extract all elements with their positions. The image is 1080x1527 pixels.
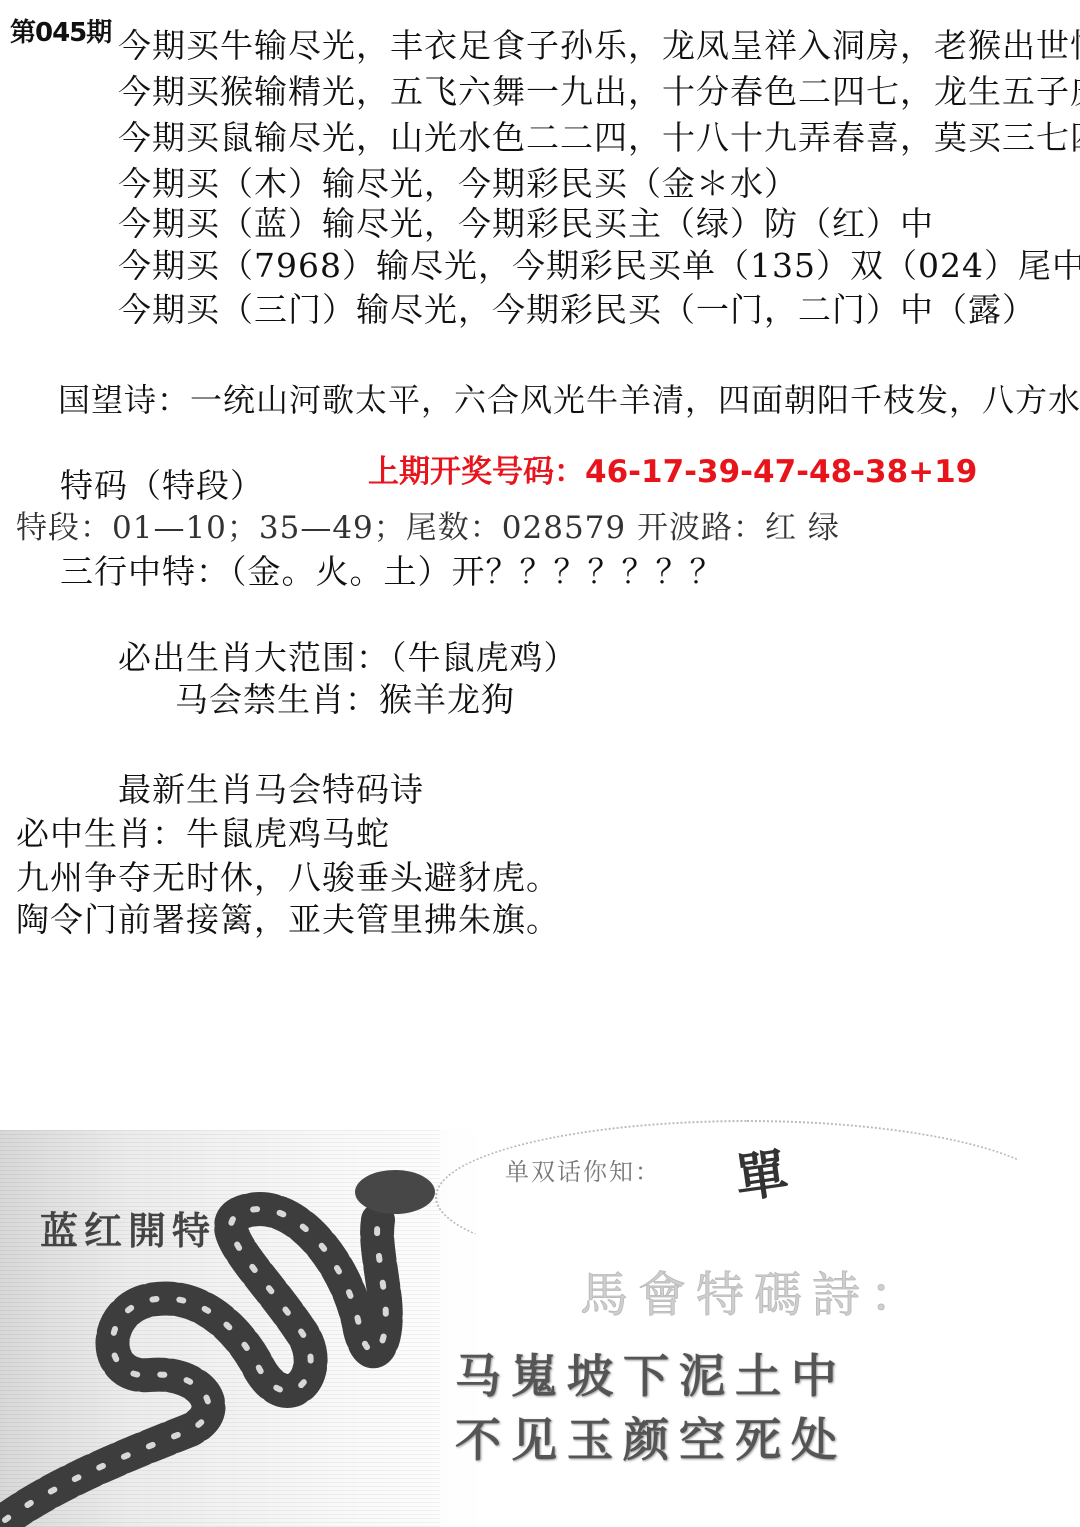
prediction-line-4: 今期买（木）输尽光，今期彩民买（金＊水） bbox=[118, 164, 798, 204]
odd-even-label: 单双话你知： bbox=[505, 1152, 661, 1187]
mahui-poem-label: 馬會特碼詩： bbox=[580, 1256, 928, 1325]
banned-zodiac: 马会禁生肖：猴羊龙狗 bbox=[175, 680, 515, 720]
last-draw-label: 上期开奖号码： bbox=[368, 454, 585, 490]
snake-head bbox=[355, 1170, 435, 1214]
prediction-line-3: 今期买鼠输尽光，山光水色二二四，十八十九弄春喜，莫买三七四十六。 bbox=[118, 118, 1080, 158]
special-segment-line: 特段：01—10；35—49；尾数：028579 开波路：红 绿 bbox=[16, 508, 840, 548]
must-hit-zodiac: 必中生肖：牛鼠虎鸡马蛇 bbox=[16, 814, 390, 854]
prediction-line-5: 今期买（蓝）输尽光，今期彩民买主（绿）防（红）中 bbox=[118, 204, 934, 244]
prediction-line-7: 今期买（三门）输尽光，今期彩民买（一门，二门）中（露） bbox=[118, 290, 1036, 330]
special-heading: 特码（特段） bbox=[60, 466, 264, 506]
issue-label: 第045期 bbox=[10, 12, 111, 49]
last-draw-numbers: 46-17-39-47-48-38+19 bbox=[585, 454, 977, 490]
odd-even-answer: 單 bbox=[730, 1131, 792, 1213]
three-elements-line: 三行中特：（金。火。土）开？？？？？？？ bbox=[60, 552, 724, 592]
poem-section-title: 最新生肖马会特码诗 bbox=[118, 770, 424, 810]
poem-verse-1: 九州争夺无时休，八骏垂头避豺虎。 bbox=[16, 858, 560, 898]
mahui-poem-line-1: 马嵬坡下泥土中 bbox=[455, 1340, 847, 1406]
mahui-poem-line-2: 不见玉颜空死处 bbox=[455, 1404, 847, 1470]
snake-icon bbox=[0, 1130, 440, 1527]
last-draw: 上期开奖号码：46-17-39-47-48-38+19 bbox=[368, 446, 977, 491]
prediction-line-2: 今期买猴输精光，五飞六舞一九出，十分春色二四七，龙生五子庆有余。 bbox=[118, 72, 1080, 112]
must-appear-zodiac: 必出生肖大范围：（牛鼠虎鸡） bbox=[118, 638, 578, 678]
snake-illustration: 蓝红開特 单双话你知： 單 馬會特碼詩： 马嵬坡下泥土中 不见玉颜空死处 bbox=[0, 1130, 1080, 1527]
prediction-line-6: 今期买（7968）输尽光，今期彩民买单（135）双（024）尾中 bbox=[118, 246, 1080, 286]
poem-verse-2: 陶令门前署接篱，亚夫管里拂朱旗。 bbox=[16, 900, 560, 940]
prediction-line-1: 今期买牛输尽光，丰衣足食子孙乐，龙凤呈祥入洞房，老猴出世惊天地。 bbox=[118, 26, 1080, 66]
national-poem: 国望诗：一统山河歌太平，六合风光牛羊清，四面朝阳千枝发，八方水流淹金山。 bbox=[58, 380, 1080, 420]
